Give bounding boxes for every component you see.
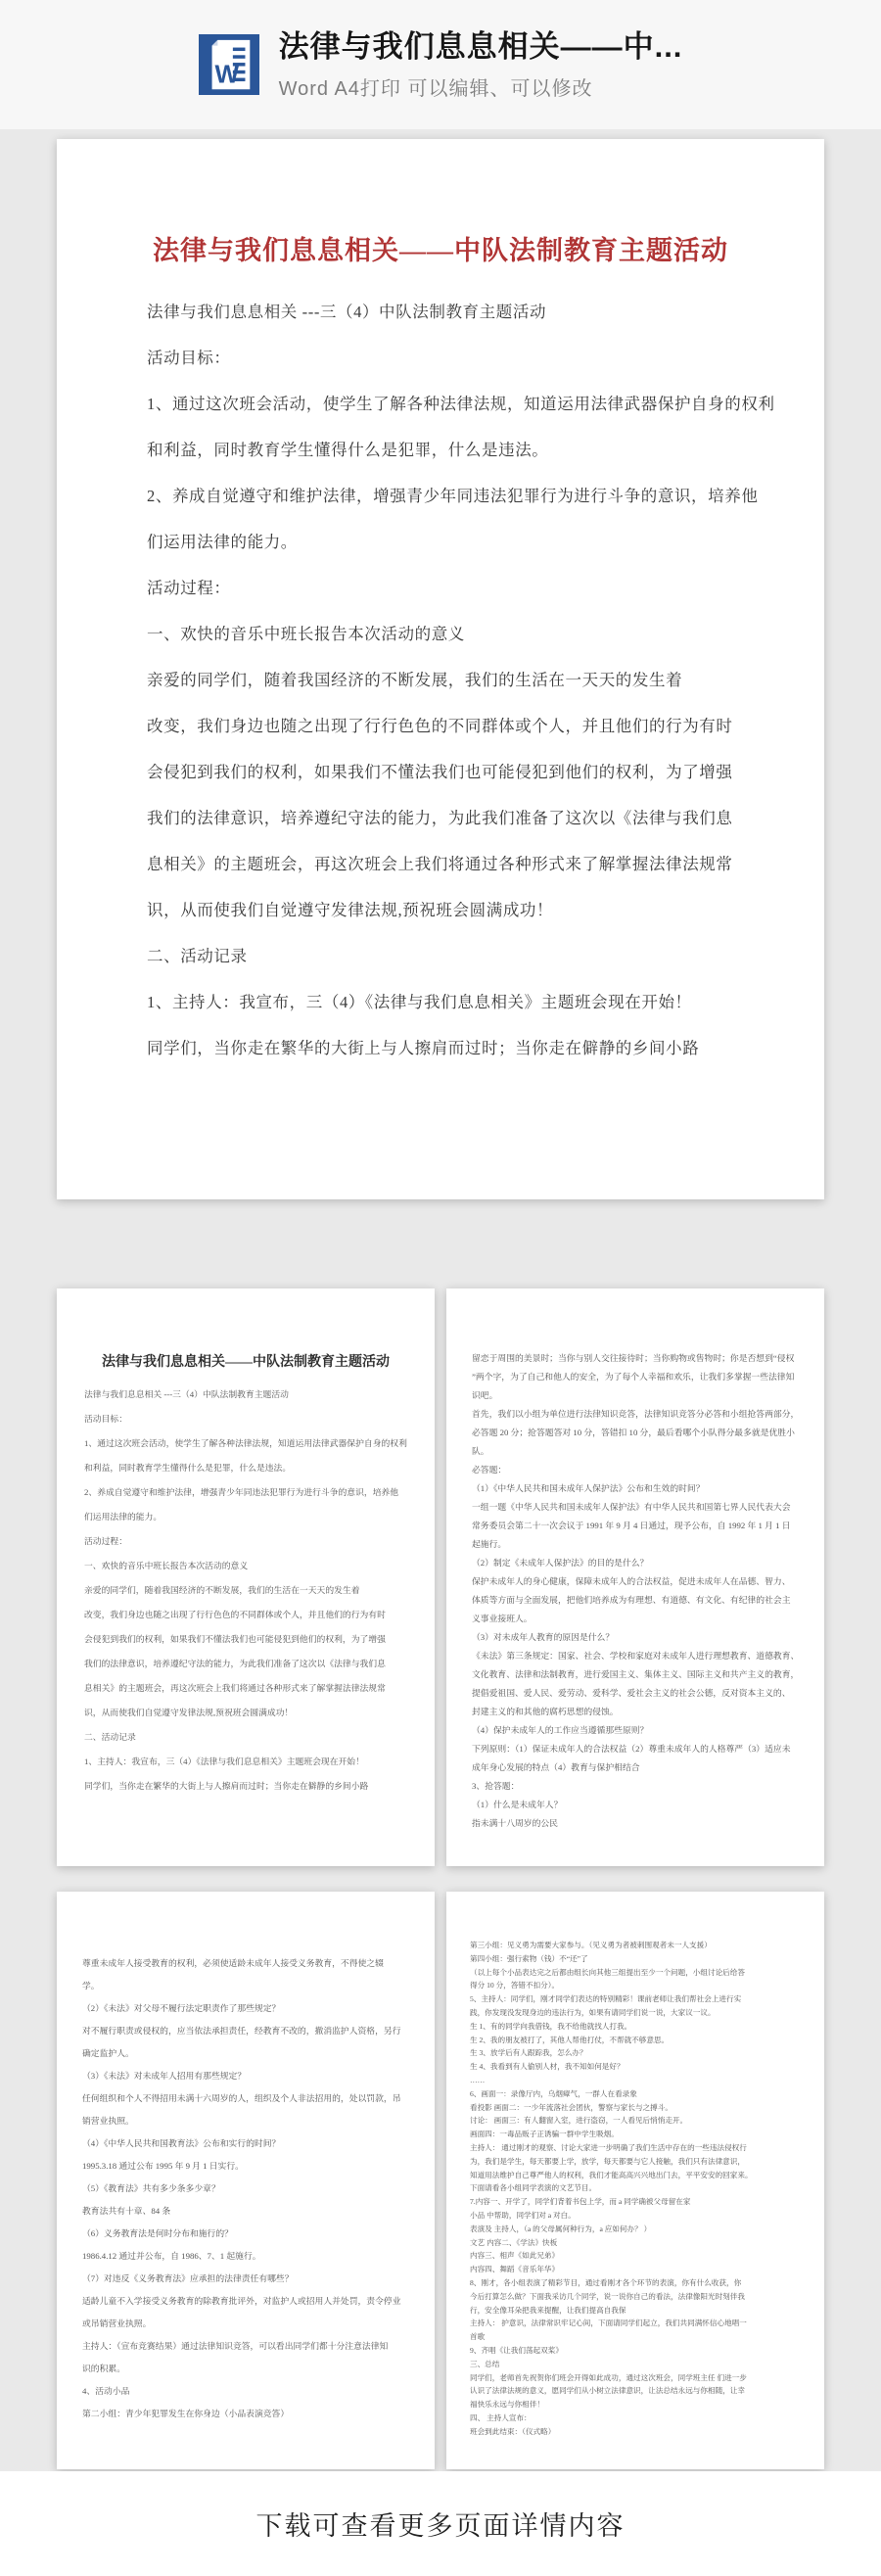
text-line: （以上每个小品表达完之后都由组长向其他三组提出至少一个问题，小组讨论后给答 xyxy=(470,1966,801,1980)
text-line: 三、总结 xyxy=(470,2358,801,2371)
text-line: 得分 10 分，答错不扣分）。 xyxy=(470,1979,801,1992)
text-line: 文艺 内容二、《学法》快板 xyxy=(470,2236,801,2250)
text-line: 会侵犯到我们的权利，如果我们不懂法我们也可能侵犯到他们的权利，为了增强 xyxy=(147,749,734,795)
thumb-page-body: 第三小组：见义勇为需要大家参与。（见义勇为者被刺围观者未一人支援）第四小组：强行… xyxy=(470,1939,801,2438)
text-line: 一、欢快的音乐中班长报告本次活动的意义 xyxy=(84,1554,407,1578)
footer-hint-text: 下载可查看更多页面详情内容 xyxy=(256,2505,626,2543)
text-line: 福快乐永远与你相伴！ xyxy=(470,2398,801,2412)
text-line: 4、活动小品 xyxy=(82,2380,409,2403)
text-line: 二、活动记录 xyxy=(147,933,734,979)
text-line: 识，从而使我们自觉遵守发律法规,预祝班会圆满成功！ xyxy=(147,887,734,933)
text-line: 看投影 画面二：一少年流落社会团伙，警察与家长与之搏斗。 xyxy=(470,2101,801,2115)
word-file-icon: W xyxy=(199,34,259,95)
text-line: 队。 xyxy=(472,1442,799,1461)
text-line: 确定监护人。 xyxy=(82,2042,409,2065)
text-line: 指未满十八周岁的公民 xyxy=(472,1814,799,1833)
text-line: 适龄儿童不入学接受义务教育的除教育批评外，对监护人或招用人并处罚，责令停业 xyxy=(82,2290,409,2313)
word-icon-letter: W xyxy=(214,59,239,88)
text-line: 第三小组：见义勇为需要大家参与。（见义勇为者被刺围观者未一人支援） xyxy=(470,1939,801,1952)
text-line: 息相关》的主题班会，再这次班会上我们将通过各种形式来了解掌握法律法规常 xyxy=(84,1676,407,1701)
text-line: 法律与我们息息相关 ---三（4）中队法制教育主题活动 xyxy=(84,1382,407,1407)
text-line: 行，安全像耳朵把我来提醒，让我们提高自我保 xyxy=(470,2304,801,2318)
text-line: 第二小组：青少年犯罪发生在你身边（小品表演竞答） xyxy=(82,2403,409,2425)
text-line: 留恋于周围的美景时；当你与别人交往接待时；当你购物或售物时；你是否想到“侵权 xyxy=(472,1349,799,1368)
text-line: （4）保护未成年人的工作应当遵循那些原则？ xyxy=(472,1721,799,1740)
text-line: 必答题： xyxy=(472,1461,799,1479)
text-line: 常务委员会第二十一次会议于 1991 年 9 月 4 日通过，现予公布，自 19… xyxy=(472,1517,799,1535)
text-line: 3、抢答题： xyxy=(472,1777,799,1796)
page-root: { "colors": { "page_background": "#e9e9e… xyxy=(0,0,881,2576)
text-line: 文化教育、法律和法制教育，进行爱国主义、集体主义、国际主义和共产主义的教育， xyxy=(472,1665,799,1684)
text-line: 1、主持人：我宣布，三（4）《法律与我们息息相关》主题班会现在开始！ xyxy=(84,1750,407,1774)
text-line: 践，你发现没发现身边的违法行为，如果有请同学们说一说，大家议一议。 xyxy=(470,2006,801,2020)
text-line: 9、齐唱《让我们荡起双桨》 xyxy=(470,2344,801,2358)
text-line: 1995.3.18 通过公布 1995 年 9 月 1 日实行。 xyxy=(82,2155,409,2178)
text-line: 1、通过这次班会活动，使学生了解各种法律法规，知道运用法律武器保护自身的权利 xyxy=(147,381,734,427)
document-title: 法律与我们息息相关——中... xyxy=(279,28,683,67)
doc-page-title: 法律与我们息息相关——中队法制教育主题活动 xyxy=(147,229,734,267)
text-line: 1986.4.12 通过并公布，自 1986、7、1 起施行。 xyxy=(82,2245,409,2268)
page-thumbnail-2[interactable]: 留恋于周围的美景时；当你与别人交往接待时；当你购物或售物时；你是否想到“侵权”两… xyxy=(446,1288,824,1866)
text-line: （1）什么是未成年人？ xyxy=(472,1796,799,1814)
text-line: 法律与我们息息相关 ---三（4）中队法制教育主题活动 xyxy=(147,289,734,335)
text-line: 四、 主持人宣布： xyxy=(470,2412,801,2425)
text-line: 学。 xyxy=(82,1975,409,1997)
text-line: 和利益，同时教育学生懂得什么是犯罪，什么是违法。 xyxy=(147,427,734,473)
text-line: 生 4、我看到有人偷别人材，我不知如何是好？ xyxy=(470,2060,801,2074)
text-line: 任何组织和个人不得招用未满十六周岁的人，组织及个人非法招用的，处以罚款，吊 xyxy=(82,2087,409,2110)
text-line: 6、画面一：录像厅内，乌烟瘴气，一群人在看录象 xyxy=(470,2087,801,2101)
thumb-page-title: 法律与我们息息相关——中队法制教育主题活动 xyxy=(84,1351,407,1371)
text-line: …… xyxy=(470,2074,801,2087)
text-line: （5）《教育法》共有多少条多少章？ xyxy=(82,2178,409,2200)
text-line: （4）《中华人民共和国教育法》公布和实行的时间？ xyxy=(82,2132,409,2155)
text-line: 首先，我们以小组为单位进行法律知识竞答，法律知识竞答分必答和小组抢答两部分， xyxy=(472,1405,799,1424)
text-line: 首歌 xyxy=(470,2330,801,2344)
text-line: 保护未成年人的身心健康，保障未成年人的合法权益，促进未成年人在品德、智力、 xyxy=(472,1572,799,1591)
text-line: 和利益，同时教育学生懂得什么是犯罪，什么是违法。 xyxy=(84,1456,407,1480)
text-line: 识吧。 xyxy=(472,1386,799,1405)
text-line: （6）义务教育法是何时分布和施行的？ xyxy=(82,2223,409,2245)
text-line: 我们的法律意识，培养遵纪守法的能力，为此我们准备了这次以《法律与我们息 xyxy=(84,1652,407,1676)
text-line: 主持人：（宣布竞赛结果）通过法律知识竞答，可以看出同学们都十分注意法律知 xyxy=(82,2335,409,2358)
text-line: 1、主持人：我宣布，三（4）《法律与我们息息相关》主题班会现在开始！ xyxy=(147,979,734,1025)
text-line: 销营业执照。 xyxy=(82,2110,409,2132)
text-line: 知道用法维护自己尊严他人的权利，我们才能高高兴兴地出门去，平平安安的回家来。 xyxy=(470,2169,801,2182)
text-line: 必答题 20 分；抢答题答对 10 分，答错扣 10 分，最后看哪个小队得分最多… xyxy=(472,1424,799,1442)
text-line: （7）对违反《义务教育法》应承担的法律责任有哪些？ xyxy=(82,2268,409,2290)
text-line: 们运用法律的能力。 xyxy=(84,1505,407,1529)
text-line: 内容三、相声《如此兄弟》 xyxy=(470,2249,801,2263)
text-line: 主持人： 护意识，法律常识牢记心间，下面请同学们起立，我们共同满怀信心地唱一 xyxy=(470,2317,801,2330)
text-line: （1）《中华人民共和国未成年人保护法》公布和生效的时间？ xyxy=(472,1479,799,1498)
text-line: 义事业接班人。 xyxy=(472,1610,799,1628)
text-line: 1、通过这次班会活动，使学生了解各种法律法规，知道运用法律武器保护自身的权利 xyxy=(84,1431,407,1456)
text-line: 5、主持人：同学们，刚才同学们表达的特别精彩！课前老师让我们帮社会上进行实 xyxy=(470,1992,801,2006)
text-line: 活动过程： xyxy=(84,1529,407,1554)
text-line: （3）《未法》对未成年人招用有那些规定？ xyxy=(82,2065,409,2087)
text-line: （2）制定《未成年人保护法》的目的是什么？ xyxy=(472,1554,799,1572)
text-line: 2、养成自觉遵守和维护法律，增强青少年同违法犯罪行为进行斗争的意识，培养他 xyxy=(147,473,734,519)
text-line: 改变，我们身边也随之出现了行行色色的不同群体或个人，并且他们的行为有时 xyxy=(84,1603,407,1627)
text-line: 识的积累。 xyxy=(82,2358,409,2380)
text-line: 教育法共有十章、84 条 xyxy=(82,2200,409,2223)
text-line: 8、刚才，各小组表演了精彩节目，通过看刚才各个环节的表演，你有什么收获，你 xyxy=(470,2276,801,2290)
text-line: 表演及 主持人，（a 的父母属何种行为，a 应如何办？ ） xyxy=(470,2223,801,2236)
text-line: 亲爱的同学们，随着我国经济的不断发展，我们的生活在一天天的发生着 xyxy=(84,1578,407,1603)
text-line: 班会到此结束：（仪式略） xyxy=(470,2425,801,2439)
text-line: 内容四、舞蹈《音乐年华》 xyxy=(470,2263,801,2276)
text-line: 会侵犯到我们的权利，如果我们不懂法我们也可能侵犯到他们的权利，为了增强 xyxy=(84,1627,407,1652)
text-line: 尊重未成年人接受教育的权利，必须使适龄未成年人接受义务教育，不得使之辍 xyxy=(82,1952,409,1975)
text-line: 活动目标： xyxy=(84,1407,407,1431)
text-line: 二、活动记录 xyxy=(84,1725,407,1750)
text-line: 下列原则：（1）保证未成年人的合法权益（2）尊重未成年人的人格尊严（3）适应未 xyxy=(472,1740,799,1758)
page-thumbnail-4[interactable]: 第三小组：见义勇为需要大家参与。（见义勇为者被刺围观者未一人支援）第四小组：强行… xyxy=(446,1892,824,2469)
text-line: 亲爱的同学们，随着我国经济的不断发展，我们的生活在一天天的发生着 xyxy=(147,657,734,703)
text-line: 我们的法律意识，培养遵纪守法的能力，为此我们准备了这次以《法律与我们息 xyxy=(147,795,734,841)
text-line: 们运用法律的能力。 xyxy=(147,519,734,565)
text-line: ”两个字，为了自己和他人的安全，为了每个人幸福和欢乐，让我们多掌握一些法律知 xyxy=(472,1368,799,1386)
text-line: 今后打算怎么做？下面我采访几个同学，说一说你自己的看法，法律像阳光时刻伴我 xyxy=(470,2290,801,2304)
text-line: 活动过程： xyxy=(147,565,734,611)
thumb-page-body: 留恋于周围的美景时；当你与别人交往接待时；当你购物或售物时；你是否想到“侵权”两… xyxy=(472,1349,799,1833)
text-line: 画面四：一毒品贩子正诱骗一群中学生吸烟。 xyxy=(470,2128,801,2141)
document-subtitle: Word A4打印 可以编辑、可以修改 xyxy=(279,72,593,101)
text-line: 活动目标： xyxy=(147,335,734,381)
header: W 法律与我们息息相关——中... Word A4打印 可以编辑、可以修改 xyxy=(0,0,881,129)
text-line: 对不履行职责或侵权的，应当依法承担责任，经教育不改的，撤消监护人资格，另行 xyxy=(82,2020,409,2042)
footer-band: 下载可查看更多页面详情内容 xyxy=(0,2471,881,2576)
text-line: 一、欢快的音乐中班长报告本次活动的意义 xyxy=(147,611,734,657)
text-line: 提倡爱祖国、爱人民、爱劳动、爱科学、爱社会主义的社会公德，反对资本主义的、 xyxy=(472,1684,799,1703)
text-line: 主持人： 通过刚才的观察、讨论大家进一步明确了我们生活中存在的一些违法侵权行 xyxy=(470,2141,801,2155)
text-line: （2）《未法》对父母不履行法定职责作了那些规定？ xyxy=(82,1997,409,2020)
text-line: （3）对未成年人教育的原因是什么？ xyxy=(472,1628,799,1647)
text-line: 认识了法律法规的意义，愿同学们从小树立法律意识，让法总结永远与你相随，让幸 xyxy=(470,2384,801,2398)
doc-page-body: 法律与我们息息相关 ---三（4）中队法制教育主题活动活动目标：1、通过这次班会… xyxy=(147,289,734,1071)
text-line: 《未法》第三条规定：国家、社会、学校和家庭对未成年人进行理想教育、道德教育、 xyxy=(472,1647,799,1665)
page-thumbnail-1[interactable]: 法律与我们息息相关——中队法制教育主题活动 法律与我们息息相关 ---三（4）中… xyxy=(57,1288,435,1866)
text-line: 小品 中帮助，同学们对 a 对白。 xyxy=(470,2209,801,2223)
text-line: 2、养成自觉遵守和维护法律，增强青少年同违法犯罪行为进行斗争的意识，培养他 xyxy=(84,1480,407,1505)
text-line: 为，我们是学生，每天都要上学，放学，每天都要与它人接触，我们只有法律意识， xyxy=(470,2155,801,2169)
text-line: 或吊销营业执照。 xyxy=(82,2313,409,2335)
text-line: 生 3、放学后有人跟踪我，怎么办？ xyxy=(470,2046,801,2060)
text-line: 生 1、有的同学向我借钱，我不给他就找人打我。 xyxy=(470,2020,801,2034)
thumb-page-body: 法律与我们息息相关 ---三（4）中队法制教育主题活动活动目标：1、通过这次班会… xyxy=(84,1382,407,1799)
text-line: 体质等方面与全面发展，把他们培养成为有理想、有道德、有文化、有纪律的社会主 xyxy=(472,1591,799,1610)
text-line: 封建主义的和其他的腐朽思想的侵蚀。 xyxy=(472,1703,799,1721)
text-line: 成年身心发展的特点（4）教育与保护相结合 xyxy=(472,1758,799,1777)
text-line: 第四小组：强行索物（钱）不“还”了 xyxy=(470,1952,801,1966)
text-line: 一组一题《中华人民共和国未成年人保护法》有中华人民共和国第七界人民代表大会 xyxy=(472,1498,799,1517)
header-text-block: 法律与我们息息相关——中... Word A4打印 可以编辑、可以修改 xyxy=(279,28,683,101)
thumb-page-body: 尊重未成年人接受教育的权利，必须使适龄未成年人接受义务教育，不得使之辍学。（2）… xyxy=(82,1952,409,2425)
text-line: 生 2、我的朋友被打了，其他人帮他打仗，不帮就不够意思。 xyxy=(470,2034,801,2047)
text-line: 识，从而使我们自觉遵守发律法规,预祝班会圆满成功！ xyxy=(84,1701,407,1725)
text-line: 同学们，当你走在繁华的大街上与人擦肩而过时；当你走在僻静的乡间小路 xyxy=(147,1025,734,1071)
text-line: 起施行。 xyxy=(472,1535,799,1554)
text-line: 同学们，老师首先祝贺你们班会开得如此成功，通过这次班会，同学班主任 们进一步 xyxy=(470,2371,801,2385)
text-line: 息相关》的主题班会，再这次班会上我们将通过各种形式来了解掌握法律法规常 xyxy=(147,841,734,887)
text-line: 下面请看各小组同学表演的文艺节目。 xyxy=(470,2181,801,2195)
text-line: 讨论： 画面三：有人翻窗入室，进行盗窃，一人看见后悄悄走开。 xyxy=(470,2114,801,2128)
text-line: 改变，我们身边也随之出现了行行色色的不同群体或个人，并且他们的行为有时 xyxy=(147,703,734,749)
text-line: 7.内容一、开学了，同学们背着书包上学，而 a 同学确被父母留在家 xyxy=(470,2195,801,2209)
page-preview-1-large[interactable]: 法律与我们息息相关——中队法制教育主题活动 法律与我们息息相关 ---三（4）中… xyxy=(57,139,824,1199)
text-line: 同学们，当你走在繁华的大街上与人擦肩而过时；当你走在僻静的乡间小路 xyxy=(84,1774,407,1799)
page-thumbnail-3[interactable]: 尊重未成年人接受教育的权利，必须使适龄未成年人接受义务教育，不得使之辍学。（2）… xyxy=(57,1892,435,2469)
